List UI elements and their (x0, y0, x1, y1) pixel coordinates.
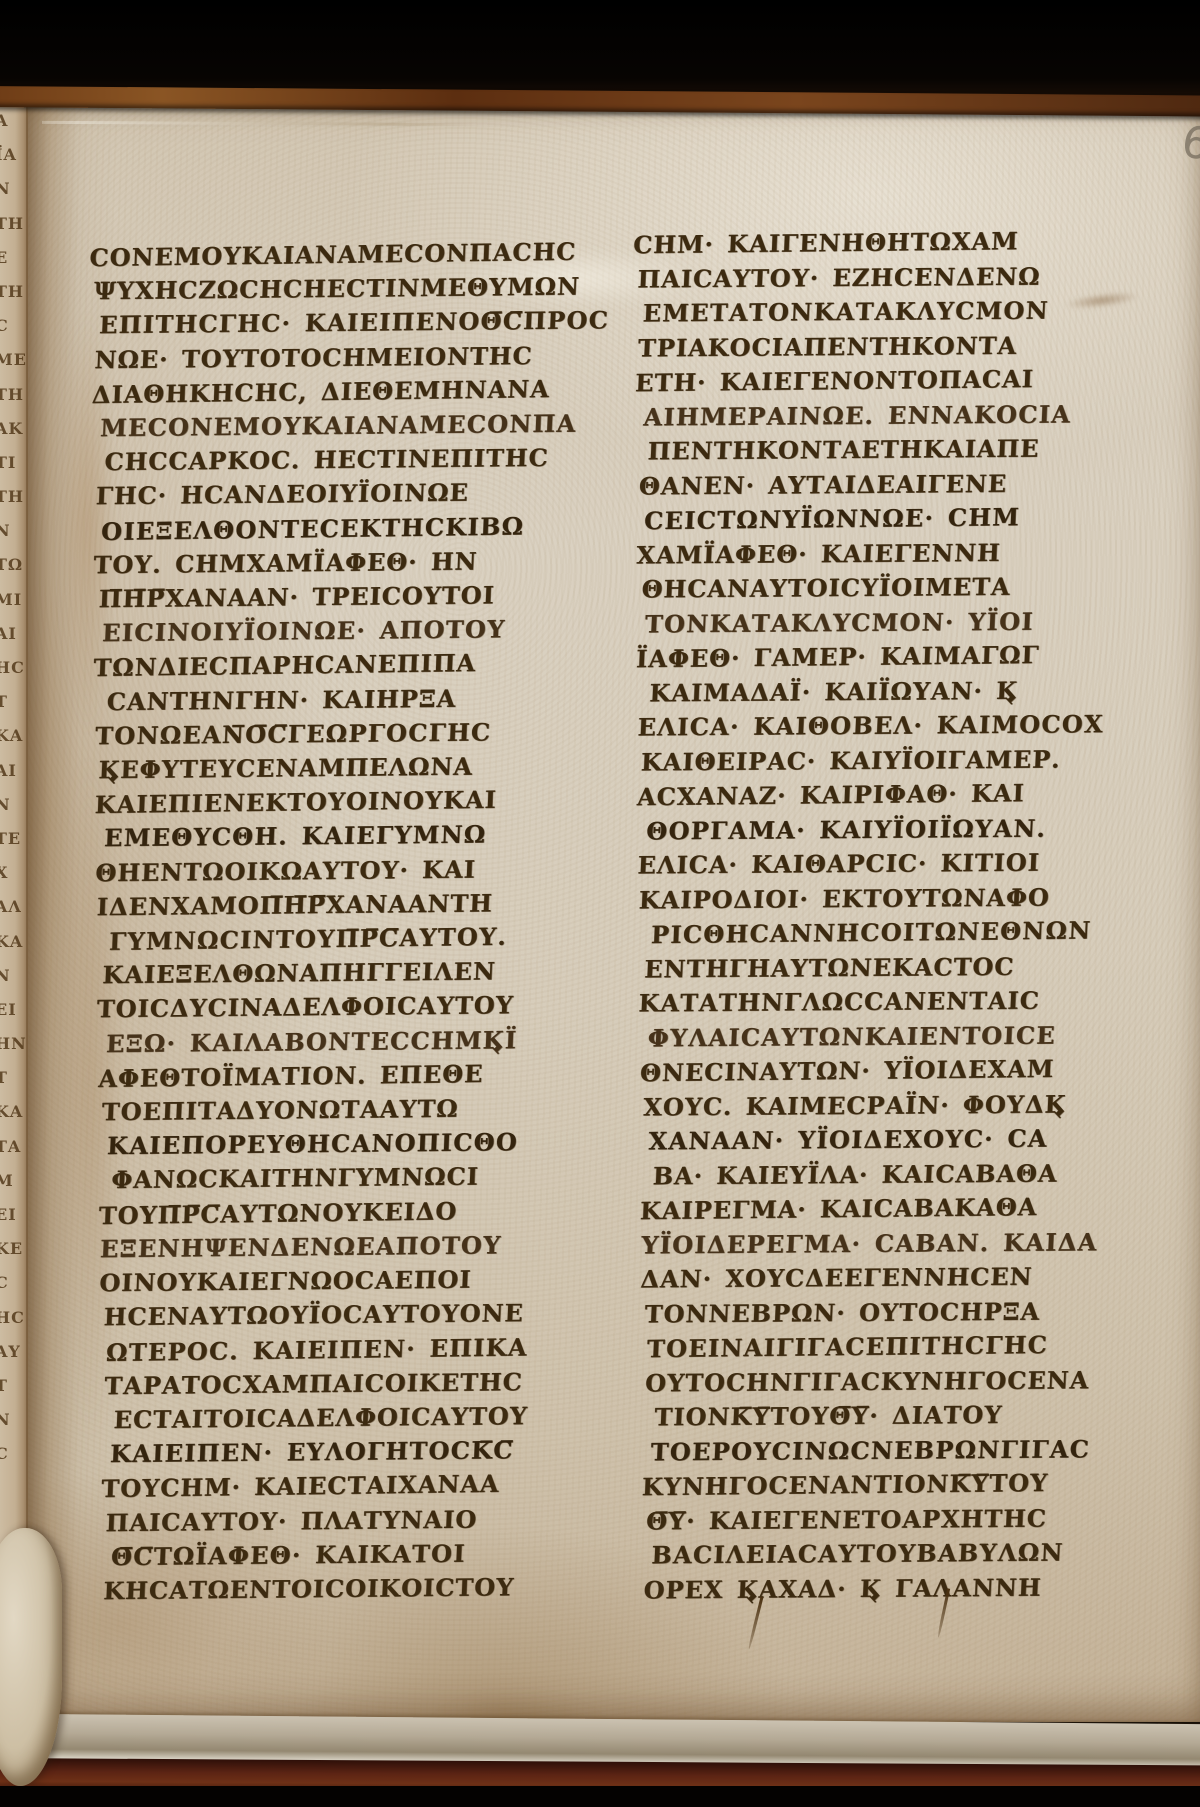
text-line: ΨΥΧΗϹΖΩϹΗϹΗΕϹΤΙΝΜΕΘΥΜΩΝ (93, 270, 560, 309)
text-line: ΚΑΙΘΕΙΡΑϹ· ΚΑΙΥΪΟΙΓΑΜΕΡ. (640, 742, 1068, 779)
text-line: ΟΙΝΟΥΚΑΙΕΓΝΩΟϹΑΕΠΟΙ (99, 1262, 570, 1301)
text-line: ΚΑΙΡΕΓΜΑ· ΚΑΙϹΑΒΑΚΑΘΑ (639, 1190, 1071, 1229)
text-column-left: ϹΟΝΕΜΟΥΚΑΙΑΝΑΜΕϹΟΝΠΑϹΗϹΨΥΧΗϹΖΩϹΗϹΗΕϹΤΙΝΜ… (89, 236, 572, 1609)
text-line: ΜΕϹΟΝΕΜΟΥΚΑΙΑΝΑΜΕϹΟΝΠΑ (100, 407, 562, 446)
cut-off-letters: Ϲ (0, 1266, 23, 1300)
cut-off-letters: ΪΑ (0, 138, 23, 172)
text-line: ϹΗΜ· ΚΑΙΓΕΝΗΘΗΤΩΧΑΜ (633, 224, 1065, 263)
text-line: ΕΜΕΘΥϹΘΗ. ΚΑΙΕΓΥΜΝΩ (103, 817, 565, 856)
text-line: ΑΙΗΜΕΡΑΙΝΩΕ. ΕΝΝΑΚΟϹΙΑ (643, 397, 1066, 434)
text-line: ΚΑΙΕΞΕΛΘΩΝΑΠΗΓΓΕΙΛΕΝ (102, 954, 567, 993)
text-line: ΘΟΡΓΑΜΑ· ΚΑΙΥΪΟΙΪΩΥΑΝ. (646, 811, 1069, 848)
text-line: ΝΩΕ· ΤΟΥΤΟΤΟϹΗΜΕΙΟΝΤΗϹ (94, 338, 561, 377)
cut-off-letters: ΚΑ (0, 925, 23, 959)
text-line: Π̅Η̅Ρ̅ΧΑΝΑΑΝ· ΤΡΕΙϹΟΥΤΟΙ (98, 578, 563, 617)
cut-off-letters: ΚΑ (0, 1095, 23, 1129)
text-line: ΕΞΩ· ΚΑΙΛΑΒΟΝΤΕϹϹΗΜϏΪ (105, 1022, 567, 1061)
text-line: ΕΤΗ· ΚΑΙΕΓΕΝΟΝΤΟΠΑϹΑΙ (635, 362, 1066, 401)
text-line: Θ̅Υ̅· ΚΑΙΕΓΕΝΕΤΟΑΡΧΗΤΗϹ (645, 1501, 1073, 1538)
text-line: ΕϹΤΑΙΤΟΙϹΑΔΕΛΦΟΙϹΑΥΤΟΥ (113, 1399, 571, 1438)
cut-off-letters: ΜΙ (0, 583, 23, 617)
text-line: ΧΑΝΑΑΝ· ΥΪΟΙΔΕΧΟΥϹ· ϹΑ (648, 1121, 1071, 1158)
text-line: ΑϹΧΑΝΑΖ· ΚΑΙΡΙΦΑΘ· ΚΑΙ (636, 776, 1068, 815)
text-line: ΑΦΕΘΤΟΪΜΑΤΙΟΝ. ΕΠΕΘΕ (98, 1056, 568, 1096)
text-line: ΤΟΙϹΔΥϹΙΝΑΔΕΛΦΟΙϹΑΥΤΟΥ (96, 988, 567, 1027)
text-line: ΤΟΥϹΗΜ· ΚΑΙΕϹΤΑΙΧΑΝΑΑ (101, 1466, 572, 1506)
text-line: ϹΕΙϹΤΩΝΥΪΩΝΝΩΕ· ϹΗΜ (643, 500, 1066, 539)
cut-off-letters: ΤΙ (0, 446, 23, 480)
cut-off-letters: ΤΗ (0, 275, 23, 309)
cut-off-letters: Μ (0, 1164, 23, 1198)
text-line: ΧΟΥϹ. ΚΑΙΜΕϹΡΑΪΝ· ΦΟΥΔϏ (643, 1087, 1071, 1124)
text-line: ΤΟΕΡΟΥϹΙΝΩϹΝΕΒΡΩΝΓΙΓΑϹ (650, 1432, 1073, 1469)
text-line: ΕΜΕΤΑΤΟΝΚΑΤΑΚΛΥϹΜΟΝ (642, 294, 1065, 331)
text-line: ΤΩΝΔΙΕϹΠΑΡΗϹΑΝΕΠΙΠΑ (93, 645, 564, 685)
text-line: ΚΑΙΡΟΔΙΟΙ· ΕΚΤΟΥΤΩΝΑΦΟ (638, 880, 1069, 918)
text-line: ΚΗϹΑΤΩΕΝΤΟΙϹΟΙΚΟΙϹΤΟΥ (103, 1570, 573, 1609)
text-line: ΪΑΦΕΘ· ΓΑΜΕΡ· ΚΑΙΜΑΓΩΓ (635, 638, 1067, 677)
text-line: ΤΟΕΙΝΑΙΓΙΓΑϹΕΠΙΤΗϹΓΗϹ (646, 1328, 1072, 1367)
text-line: ΤΟΥ. ϹΗΜΧΑΜΪΑΦΕΘ· ΗΝ (93, 544, 563, 583)
text-line: ΗϹΕΝΑΥΤΩΟΥΪΟϹΑΥΤΟΥΟΝΕ (103, 1296, 570, 1335)
text-line: ΕΠΙΤΗϹΓΗϹ· ΚΑΙΕΙΠΕΝΟΘ̅Ϲ̅ΠΡΟϹ (99, 304, 561, 343)
text-line: ΒΑ· ΚΑΙΕΥΪΛΑ· ΚΑΙϹΑΒΑΘΑ (652, 1156, 1071, 1193)
cut-off-letters: ΕΙ (0, 993, 23, 1027)
text-line: ΘΝΕϹΙΝΑΥΤΩΝ· ΥΪΟΙΔΕΧΑΜ (639, 1052, 1070, 1091)
text-line: ΒΑϹΙΛΕΙΑϹΑΥΤΟΥΒΑΒΥΛΩΝ (651, 1535, 1074, 1572)
text-line: ΤΡΙΑΚΟϹΙΑΠΕΝΤΗΚΟΝΤΑ (637, 328, 1065, 365)
cut-off-letters: ΤΕ (0, 822, 23, 856)
text-line: ΕΞΕΝΗΨΕΝΔΕΝΩΕΑΠΟΤΟΥ (99, 1228, 569, 1267)
cut-off-letters: Τ (0, 685, 23, 719)
text-line: ΠΑΙϹΑΥΤΟΥ· ΕΖΗϹΕΝΔΕΝΩ (637, 259, 1065, 296)
text-line: ΓΗϹ· ΗϹΑΝΔΕΟΙΥΪΟΙΝΩΕ (95, 475, 562, 514)
cut-off-letters: Ν (0, 172, 23, 206)
cut-off-letters: ΕΙ (0, 1198, 23, 1232)
cut-off-letters: Τ (0, 1061, 23, 1095)
text-line: ΘΗΕΝΤΩΟΙΚΩΑΥΤΟΥ· ΚΑΙ (95, 851, 566, 890)
text-line: ΟΙΕΞΕΛΘΟΝΤΕϹΕΚΤΗϹΚΙΒΩ (101, 509, 563, 549)
cut-off-letters: ΗΝ (0, 1027, 23, 1061)
background-top (0, 0, 1200, 100)
text-line: ΤΟΕΠΙΤΑΔΥΟΝΩΤΑΑΥΤΩ (101, 1091, 568, 1130)
text-line: ΠΑΙϹΑΥΤΟΥ· ΠΛΑΤΥΝΑΙΟ (105, 1501, 572, 1540)
text-line: ΚΥΝΗΓΟϹΕΝΑΝΤΙΟΝΚ̅Υ̅ΤΟΥ (641, 1466, 1073, 1505)
cut-off-letters: ΚΕ (0, 1232, 23, 1266)
cut-off-letters: ΗϹ (0, 1301, 23, 1335)
cut-off-letters: Ε (0, 241, 23, 275)
cut-off-letters: ΤΩ (0, 548, 23, 582)
text-line: Θ̅Ϲ̅ΤΩΪΑΦΕΘ· ΚΑΙΚΑΤΟΙ (110, 1535, 572, 1574)
text-line: ΘΑΝΕΝ· ΑΥΤΑΙΔΕΑΙΓΕΝΕ (638, 466, 1066, 503)
cut-off-letters: Ϲ (0, 1437, 23, 1471)
manuscript-photo: ΑΪΑΝΤΗΕΤΗϹΜΕΤΗΑΚΤΙΤΗΝΤΩΜΙΑΙΗϹΤΚΑΑΙΝΤΕΧΑΛ… (0, 0, 1200, 1807)
text-line: ΕΝΤΗΓΗΑΥΤΩΝΕΚΑϹΤΟϹ (644, 949, 1070, 986)
cut-off-letters: ΤΗ (0, 480, 23, 514)
text-line: ϹΑΝΤΗΝΓΗΝ· ΚΑΙΗΡΞΑ (106, 680, 564, 719)
text-line: ϏΕΦΥΤΕΥϹΕΝΑΜΠΕΛΩΝΑ (98, 749, 565, 788)
cut-off-letters: ΑΥ (0, 1335, 23, 1369)
text-line: ΟΡΕΧ ϏΑΧΑΔ· Ϗ ΓΑΛΑΝΝΗ (643, 1570, 1074, 1608)
cut-off-letters: ΤΗ (0, 207, 23, 241)
cut-off-letters: Ν (0, 1403, 23, 1437)
text-column-right: ϹΗΜ· ΚΑΙΓΕΝΗΘΗΤΩΧΑΜΠΑΙϹΑΥΤΟΥ· ΕΖΗϹΕΝΔΕΝΩ… (633, 225, 1073, 1608)
text-line: ΚΑΤΑΤΗΝΓΛΩϹϹΑΝΕΝΤΑΙϹ (638, 983, 1070, 1021)
text-line: ΥΪΟΙΔΕΡΕΓΜΑ· ϹΑΒΑΝ. ΚΑΙΔΑ (641, 1225, 1072, 1263)
text-line: ΕΛΙϹΑ· ΚΑΙΘΑΡϹΙϹ· ΚΙΤΙΟΙ (637, 845, 1069, 883)
cut-off-letters: Α (0, 104, 23, 138)
cut-off-letters: ΑΙ (0, 617, 23, 651)
text-line: ΓΥΜΝΩϹΙΝΤΟΥΠ̅Ρ̅Ϲ̅ΑΥΤΟΥ. (108, 919, 566, 959)
text-line: ΦΥΛΑΙϹΑΥΤΩΝΚΑΙΕΝΤΟΙϹΕ (647, 1018, 1070, 1055)
text-line: ΔΙΑΘΗΚΗϹΗϹ, ΔΙΕΘΕΜΗΝΑΝΑ (91, 372, 561, 412)
text-line: ΡΙϹΘΗϹΑΝΝΗϹΟΙΤΩΝΕΘΝΩΝ (650, 914, 1069, 953)
cut-off-letters: Ν (0, 514, 23, 548)
text-line: ΤΑΡΑΤΟϹΧΑΜΠΑΙϹΟΙΚΕΤΗϹ (104, 1364, 571, 1403)
text-line: ΤΙΟΝΚ̅Υ̅ΤΟΥΘ̅Υ̅· ΔΙΑΤΟΥ (654, 1397, 1073, 1434)
text-line: ΚΑΙΜΑΔΑΪ· ΚΑΙΪΩΥΑΝ· Ϗ (649, 673, 1068, 710)
text-line: ΧΑΜΪΑΦΕΘ· ΚΑΙΕΓΕΝΝΗ (636, 535, 1067, 573)
cut-off-letters: ΗϹ (0, 651, 23, 685)
text-line: ΚΑΙΕΙΠΕΝ· ΕΥΛΟΓΗΤΟϹΚ̅Ϲ̅ (109, 1433, 571, 1472)
text-line: ΕΛΙϹΑ· ΚΑΙΘΟΒΕΛ· ΚΑΙΜΟϹΟΧ (637, 707, 1068, 745)
text-line: ΔΑΝ· ΧΟΥϹΔΕΕΓΕΝΝΗϹΕΝ (640, 1259, 1072, 1297)
text-line: ΤΟΝΩΕΑΝ̅Ο̅Ϲ̅ΓΕΩΡΓΟϹΓΗϹ (94, 715, 564, 754)
cut-off-letters: ΑΛ (0, 890, 23, 924)
text-line: ϹΟΝΕΜΟΥΚΑΙΑΝΑΜΕϹΟΝΠΑϹΗϹ (89, 235, 560, 275)
text-line: ϹΗϹϹΑΡΚΟϹ. ΗΕϹΤΙΝΕΠΙΤΗϹ (104, 441, 562, 480)
cut-off-letters: ΤΑ (0, 1130, 23, 1164)
cut-off-letters: Ν (0, 788, 23, 822)
cut-off-letters: Ϲ (0, 309, 23, 343)
text-line: ΚΑΙΕΠΟΡΕΥΘΗϹΑΝΟΠΙϹΘΟ (106, 1125, 568, 1164)
background-bottom (0, 1786, 1200, 1807)
cut-off-letters: ΚΑ (0, 719, 23, 753)
text-line: ΟΥΤΟϹΗΝΓΙΓΑϹΚΥΝΗΓΟϹΕΝΑ (644, 1363, 1072, 1400)
text-line: ΠΕΝΤΗΚΟΝΤΑΕΤΗΚΑΙΑΠΕ (647, 432, 1066, 469)
cut-off-letters: ΑΚ (0, 412, 23, 446)
text-line: ΦΑΝΩϹΚΑΙΤΗΝΓΥΜΝΩϹΙ (111, 1159, 569, 1198)
cut-off-letters: Χ (0, 856, 23, 890)
text-line: ΘΗϹΑΝΑΥΤΟΙϹΥΪΟΙΜΕΤΑ (641, 570, 1067, 607)
text-line: ΩΤΕΡΟϹ. ΚΑΙΕΙΠΕΝ· ΕΠΙΚΑ (105, 1329, 570, 1369)
cut-off-letters: ΜΕ (0, 343, 23, 377)
stain (1065, 290, 1138, 312)
cut-off-letters: ΤΗ (0, 378, 23, 412)
cut-off-letters: Ν (0, 959, 23, 993)
text-line: ΙΔΕΝΧΑΜΟΠ̅Η̅Ρ̅ΧΑΝΑΑΝΤΗ (96, 886, 566, 925)
cut-off-letters: ΑΙ (0, 754, 23, 788)
facing-page-edge: ΑΪΑΝΤΗΕΤΗϹΜΕΤΗΑΚΤΙΤΗΝΤΩΜΙΑΙΗϹΤΚΑΑΙΝΤΕΧΑΛ… (0, 104, 28, 1548)
text-line: ΤΟΥΠ̅Ρ̅Ϲ̅ΑΥΤΩΝΟΥΚΕΙΔΟ (98, 1193, 569, 1233)
text-line: ΤΟΝΚΑΤΑΚΛΥϹΜΟΝ· ΥΪΟΙ (644, 604, 1067, 641)
text-line: ΤΟΝΝΕΒΡΩΝ· ΟΥΤΟϹΗΡΞΑ (644, 1294, 1072, 1331)
cut-off-letters: Τ (0, 1369, 23, 1403)
